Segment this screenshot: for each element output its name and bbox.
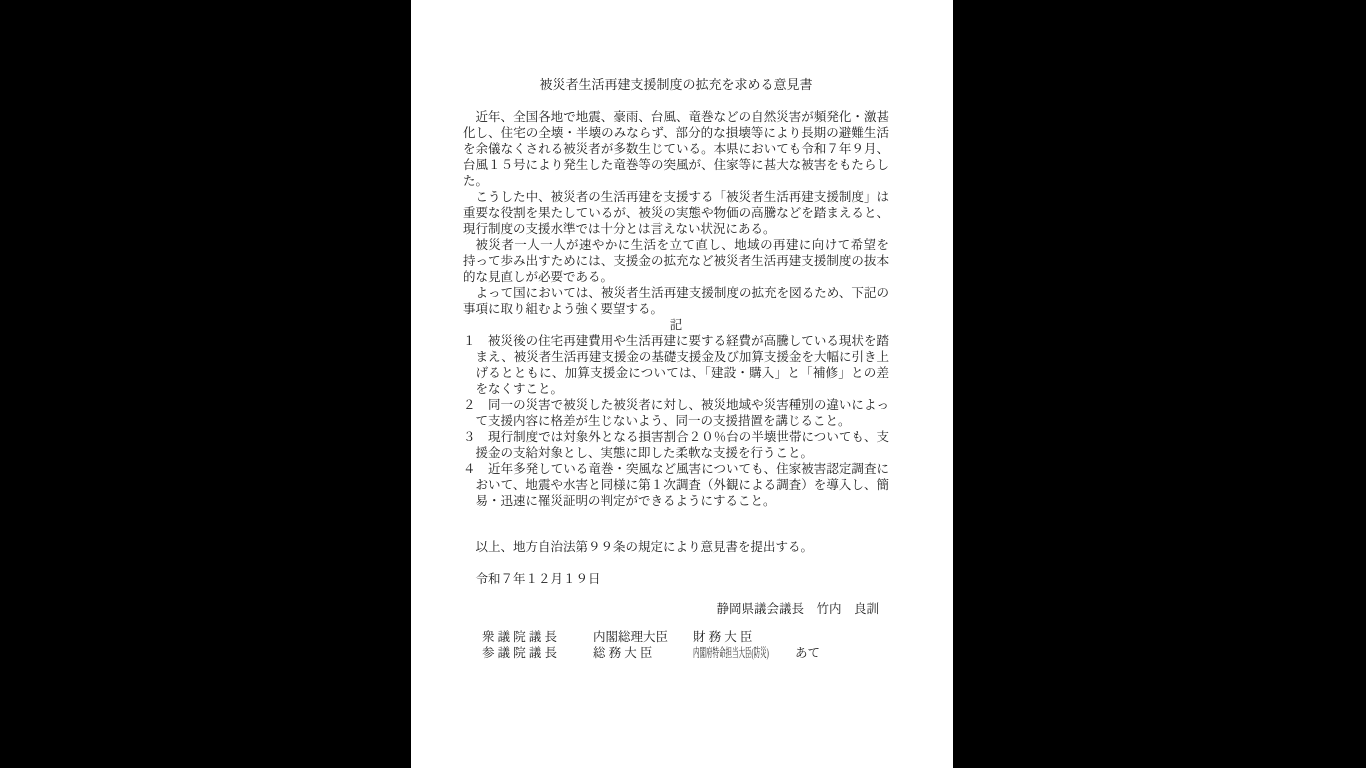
item-text: 同一の災害で被災した被災者に対し、被災地域や災害種別の違いによって支援内容に格差… xyxy=(476,398,890,428)
document-page: 被災者生活再建支援制度の拡充を求める意見書 近年、全国各地で地震、豪雨、台風、竜… xyxy=(411,0,953,768)
recipient-disaster-prevention-minister: 内閣府特命担当大臣(防災) xyxy=(693,645,795,661)
recipient-finance-minister: 財 務 大 臣 xyxy=(693,629,795,645)
item-text: 現行制度では対象外となる損害割合２０％台の半壊世帯についても、支援金の支給対象と… xyxy=(476,430,890,460)
signature-line: 静岡県議会議長 竹内 良訓 xyxy=(463,601,889,617)
paragraph-need-for-revision: 被災者一人一人が速やかに生活を立て直し、地域の再建に向けて希望を持って歩み出すた… xyxy=(463,237,889,285)
addressee-suffix: あて xyxy=(795,645,820,661)
request-item-3: ３現行制度では対象外となる損害割合２０％台の半壊世帯についても、支援金の支給対象… xyxy=(463,429,889,461)
item-number: ４ xyxy=(463,461,488,477)
closing-sentence: 以上、地方自治法第９９条の規定により意見書を提出する。 xyxy=(463,539,889,555)
request-item-2: ２同一の災害で被災した被災者に対し、被災地域や災害種別の違いによって支援内容に格… xyxy=(463,397,889,429)
paragraph-current-system: こうした中、被災者の生活再建を支援する「被災者生活再建支援制度」は重要な役割を果… xyxy=(463,189,889,237)
item-number: １ xyxy=(463,333,488,349)
date-line: 令和７年１２月１９日 xyxy=(463,571,889,587)
paragraph-request-to-nation: よって国においては、被災者生活再建支援制度の拡充を図るため、下記の事項に取り組む… xyxy=(463,285,889,317)
section-marker: 記 xyxy=(463,317,889,333)
document-content: 被災者生活再建支援制度の拡充を求める意見書 近年、全国各地で地震、豪雨、台風、竜… xyxy=(463,0,889,661)
recipients-block: 衆 議 院 議 長 内閣総理大臣 財 務 大 臣 参 議 院 議 長 総 務 大… xyxy=(463,629,889,661)
recipient-house-of-representatives-speaker: 衆 議 院 議 長 xyxy=(482,629,593,645)
recipient-internal-affairs-minister: 総 務 大 臣 xyxy=(593,645,693,661)
recipient-row-2: 参 議 院 議 長 総 務 大 臣 内閣府特命担当大臣(防災) あて xyxy=(463,645,889,661)
paragraph-disaster-situation: 近年、全国各地で地震、豪雨、台風、竜巻などの自然災害が頻発化・激甚化し、住宅の全… xyxy=(463,109,889,189)
recipient-prime-minister: 内閣総理大臣 xyxy=(593,629,693,645)
request-item-1: １被災後の住宅再建費用や生活再建に要する経費が高騰している現状を踏まえ、被災者生… xyxy=(463,333,889,397)
document-title: 被災者生活再建支援制度の拡充を求める意見書 xyxy=(463,77,889,93)
item-text: 被災後の住宅再建費用や生活再建に要する経費が高騰している現状を踏まえ、被災者生活… xyxy=(476,334,890,396)
recipient-disaster-prevention-minister-label: 内閣府特命担当大臣(防災) xyxy=(693,645,769,661)
request-item-4: ４近年多発している竜巻・突風など風害についても、住家被害認定調査において、地震や… xyxy=(463,461,889,509)
item-number: ２ xyxy=(463,397,488,413)
item-text: 近年多発している竜巻・突風など風害についても、住家被害認定調査において、地震や水… xyxy=(476,462,890,508)
recipient-house-of-councillors-president: 参 議 院 議 長 xyxy=(482,645,593,661)
item-number: ３ xyxy=(463,429,488,445)
recipient-row-1: 衆 議 院 議 長 内閣総理大臣 財 務 大 臣 xyxy=(463,629,889,645)
